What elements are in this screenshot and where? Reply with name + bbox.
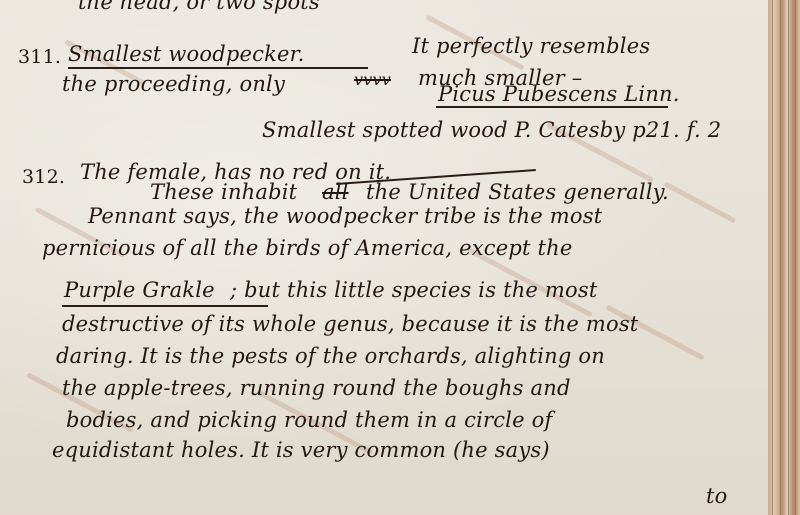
text-line: pernicious of all the birds of America, … <box>42 236 573 260</box>
entry-number: 311. <box>18 46 61 68</box>
text-line: daring. It is the pests of the orchards,… <box>56 344 605 368</box>
text-line: Pennant says, the woodpecker tribe is th… <box>88 204 602 228</box>
bird-name: Purple Grakle <box>64 278 215 302</box>
manuscript-page: the head, or two spots 311. Smallest woo… <box>0 0 772 515</box>
entry-number: 312. <box>22 166 65 188</box>
text-line: These inhabit <box>150 180 297 204</box>
page-edge-line <box>772 0 773 515</box>
page-edge-line <box>780 0 781 515</box>
struck-text: vvvv <box>354 70 391 89</box>
text-line: It perfectly resembles <box>412 34 650 58</box>
text-line: destructive of its whole genus, because … <box>62 312 638 336</box>
ink-bleed <box>664 182 737 224</box>
text-line: the proceeding, only <box>62 72 285 96</box>
scientific-name: Picus Pubescens Linn. <box>438 82 680 106</box>
bird-name-underline <box>62 305 268 307</box>
reference-line: Smallest spotted wood P. Catesby p21. f.… <box>262 118 721 142</box>
text-line: bodies, and picking round them in a circ… <box>66 408 552 432</box>
text-line: equidistant holes. It is very common (he… <box>52 438 550 462</box>
text-line: ; but this little species is the most <box>230 278 598 302</box>
page-edge-line <box>788 0 789 515</box>
title-underline <box>68 67 368 69</box>
book-spine-edge <box>768 0 800 515</box>
struck-text: all <box>322 180 349 204</box>
text-line: the United States generally. <box>366 180 669 204</box>
text-line: the head, or two spots <box>78 0 320 14</box>
scientific-name-underline <box>436 106 668 108</box>
catchword: to <box>706 484 727 508</box>
page-edge-line <box>795 0 796 515</box>
text-line: the apple-trees, running round the bough… <box>62 376 571 400</box>
entry-title: Smallest woodpecker. <box>68 42 304 66</box>
